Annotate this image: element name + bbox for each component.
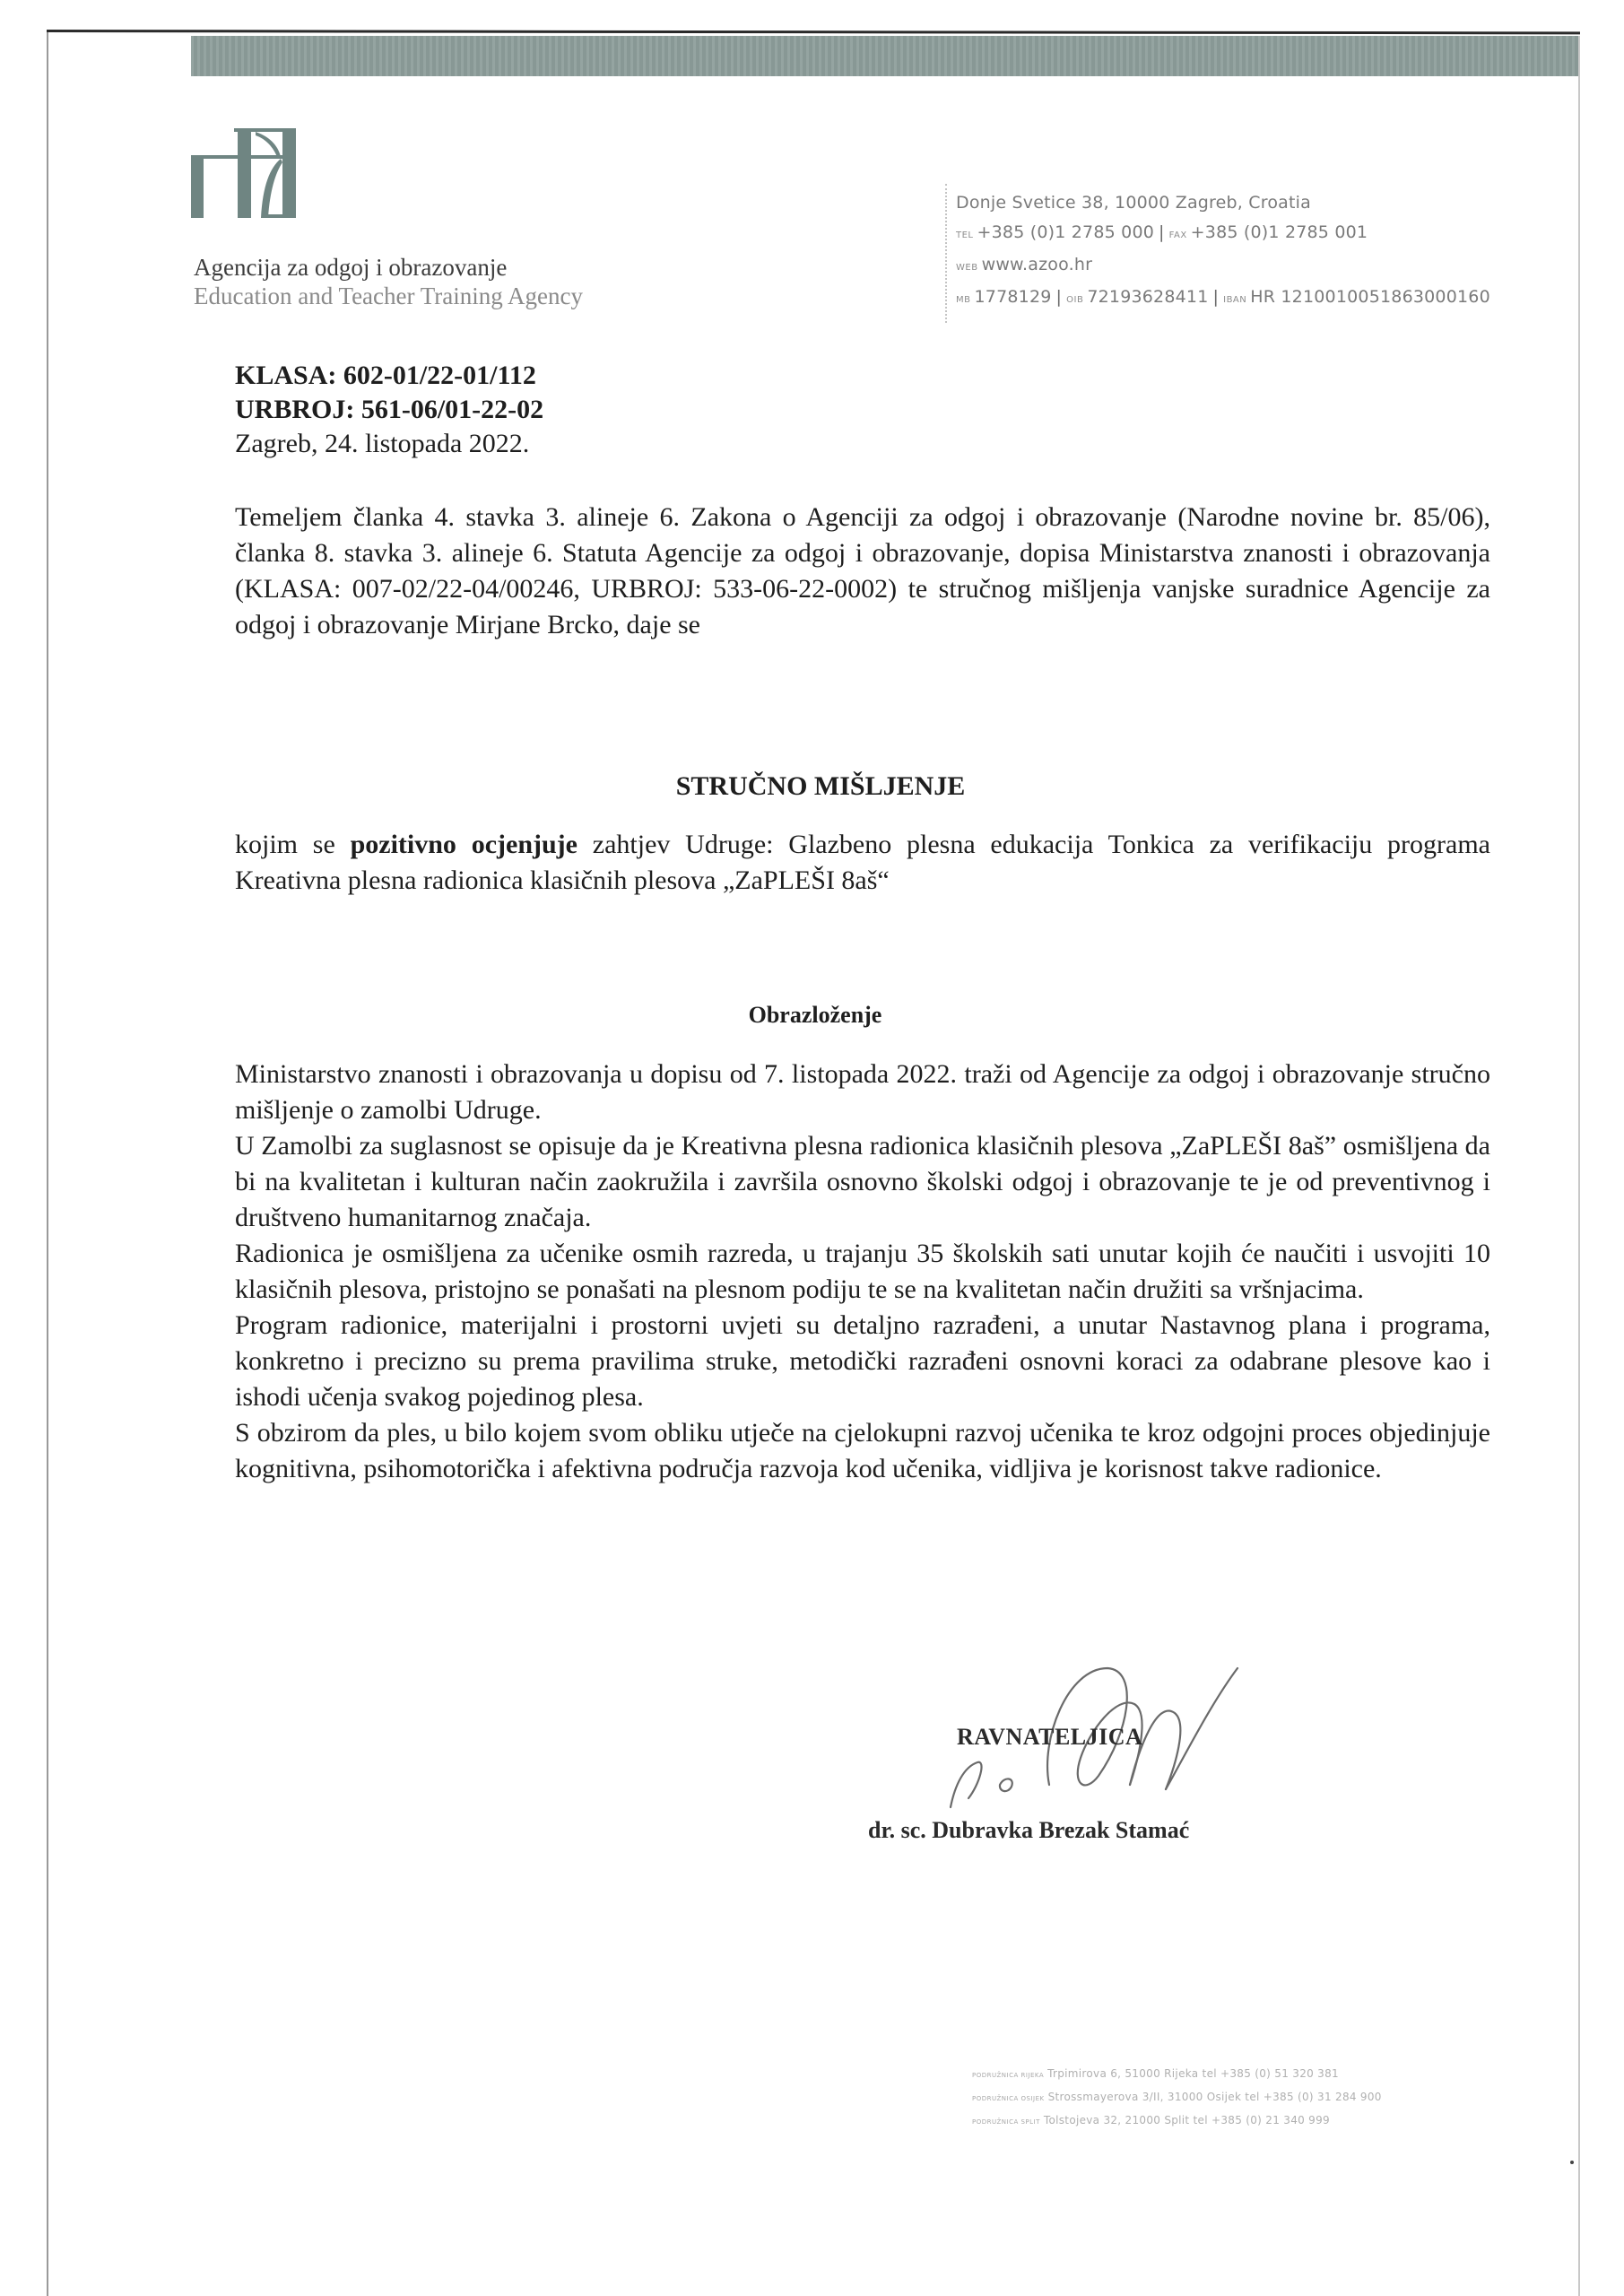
tel-label: tel xyxy=(956,230,974,240)
tel-value: +385 (0)1 2785 000 xyxy=(977,222,1155,242)
scan-page-edge-top xyxy=(47,30,1580,34)
office-rijeka: podružnica rijekaTrpimirova 6, 51000 Rij… xyxy=(972,2063,1382,2086)
rationale-body: Ministarstvo znanosti i obrazovanja u do… xyxy=(235,1057,1490,1487)
rationale-paragraph: S obzirom da ples, u bilo kojem svom obl… xyxy=(235,1415,1490,1487)
office-label: podružnica rijeka xyxy=(972,2072,1044,2079)
scan-speck xyxy=(1570,2161,1574,2164)
separator: | xyxy=(1056,287,1063,307)
rationale-paragraph: U Zamolbi za suglasnost se opisuje da je… xyxy=(235,1128,1490,1236)
signatory-name: dr. sc. Dubravka Brezak Stamać xyxy=(868,1817,1189,1844)
reference-block: KLASA: 602-01/22-01/112 URBROJ: 561-06/0… xyxy=(235,359,543,461)
agency-logo-icon xyxy=(191,128,309,218)
contact-divider xyxy=(945,184,947,323)
letterhead-banner xyxy=(191,36,1578,76)
iban-label: iban xyxy=(1223,295,1246,305)
oib-value: 72193628411 xyxy=(1087,287,1208,307)
contact-ids-line: mb1778129|oib72193628411|ibanHR 12100100… xyxy=(956,283,1490,315)
mb-value: 1778129 xyxy=(975,287,1052,307)
urbroj-number: URBROJ: 561-06/01-22-02 xyxy=(235,393,543,427)
contact-address: Donje Svetice 38, 10000 Zagreb, Croatia xyxy=(956,188,1490,218)
web-label: web xyxy=(956,263,978,273)
separator: | xyxy=(1159,222,1165,242)
regional-offices-footer: podružnica rijekaTrpimirova 6, 51000 Rij… xyxy=(972,2063,1382,2133)
contact-web-line: webwww.azoo.hr xyxy=(956,250,1490,283)
agency-name-croatian: Agencija za odgoj i obrazovanje xyxy=(194,253,583,282)
document-date: Zagreb, 24. listopada 2022. xyxy=(235,427,543,461)
office-label: podružnica osijek xyxy=(972,2095,1045,2102)
opinion-verdict: pozitivno ocjenjuje xyxy=(351,830,578,859)
rationale-paragraph: Ministarstvo znanosti i obrazovanja u do… xyxy=(235,1057,1490,1128)
contact-block: Donje Svetice 38, 10000 Zagreb, Croatia … xyxy=(956,188,1490,315)
scan-page-edge-left xyxy=(47,30,48,2296)
agency-name: Agencija za odgoj i obrazovanje Educatio… xyxy=(194,253,583,310)
opinion-text-before: kojim se xyxy=(235,830,351,859)
separator: | xyxy=(1213,287,1220,307)
opinion-title: STRUČNO MIŠLJENJE xyxy=(0,771,1624,802)
office-address: Tolstojeva 32, 21000 Split tel +385 (0) … xyxy=(1044,2114,1330,2126)
fax-label: fax xyxy=(1169,230,1187,240)
agency-name-english: Education and Teacher Training Agency xyxy=(194,282,583,310)
office-osijek: podružnica osijekStrossmayerova 3/II, 31… xyxy=(972,2086,1382,2109)
intro-paragraph: Temeljem članka 4. stavka 3. alineje 6. … xyxy=(235,500,1490,643)
rationale-title: Obrazloženje xyxy=(0,1002,1624,1029)
oib-label: oib xyxy=(1066,295,1083,305)
rationale-paragraph: Program radionice, materijalni i prostor… xyxy=(235,1308,1490,1415)
contact-phone-line: tel+385 (0)1 2785 000|fax+385 (0)1 2785 … xyxy=(956,218,1490,250)
signature-block: RAVNATELJICA dr. sc. Dubravka Brezak Sta… xyxy=(861,1650,1327,1857)
opinion-paragraph: kojim se pozitivno ocjenjuje zahtjev Udr… xyxy=(235,827,1490,899)
signatory-title: RAVNATELJICA xyxy=(957,1724,1142,1751)
office-address: Strossmayerova 3/II, 31000 Osijek tel +3… xyxy=(1048,2091,1382,2103)
scan-page-edge-right xyxy=(1578,36,1580,2296)
office-label: podružnica split xyxy=(972,2118,1040,2126)
iban-value: HR 1210010051863000160 xyxy=(1250,287,1490,307)
fax-value: +385 (0)1 2785 001 xyxy=(1191,222,1368,242)
klasa-number: KLASA: 602-01/22-01/112 xyxy=(235,359,543,393)
rationale-paragraph: Radionica je osmišljena za učenike osmih… xyxy=(235,1236,1490,1308)
mb-label: mb xyxy=(956,295,971,305)
office-address: Trpimirova 6, 51000 Rijeka tel +385 (0) … xyxy=(1047,2067,1339,2080)
web-link[interactable]: www.azoo.hr xyxy=(982,255,1093,274)
office-split: podružnica splitTolstojeva 32, 21000 Spl… xyxy=(972,2109,1382,2133)
